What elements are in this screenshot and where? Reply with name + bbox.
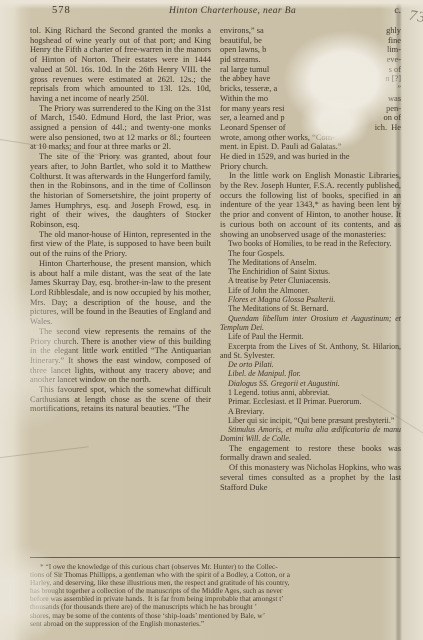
stain-obscured-paragraph: environs,” sa ghly beautiful, be fine op… bbox=[220, 26, 401, 171]
book-list-item: Life of Paul the Hermit. bbox=[220, 332, 401, 341]
book-list-item: The Meditations of Anselm. bbox=[220, 258, 401, 267]
footnote-line: has brought together a collection of the… bbox=[30, 587, 403, 595]
footnote-line: thousands (for thousands there are) of t… bbox=[30, 603, 403, 611]
line-start-fragment: ral large tumul bbox=[220, 65, 269, 75]
line-end-fragment: on of bbox=[384, 113, 401, 123]
line-end-fragment: ” bbox=[397, 84, 401, 94]
book-list-item: A treatise by Peter Cluniacensis. bbox=[220, 276, 401, 285]
footnote-line: tions of Sir Thomas Phillipps, a gentlem… bbox=[30, 571, 403, 579]
line-end-fragment: ich. He bbox=[375, 123, 401, 133]
book-list-item: Two books of Homilies, to be read in the… bbox=[220, 239, 401, 248]
line-start-fragment: environs,” sa bbox=[220, 26, 264, 36]
line-end-fragment: s of bbox=[389, 65, 401, 75]
closing-paragraphs: The engagement to restore these books wa… bbox=[220, 444, 401, 493]
text-line: the abbey have n [?] bbox=[220, 74, 401, 84]
book-list-item: A Breviary. bbox=[220, 407, 401, 416]
book-list-item: Flores et Magna Glossa Psalterii. bbox=[220, 295, 401, 304]
line-start-fragment: Priory church. bbox=[220, 162, 268, 172]
book-list: Two books of Homilies, to be read in the… bbox=[220, 239, 401, 444]
handwritten-folio-number: 73 bbox=[408, 8, 423, 27]
book-list-item: Excerpta from the Lives of St. Anthony, … bbox=[220, 342, 401, 361]
paragraph: tol. King Richard the Second granted the… bbox=[30, 26, 211, 104]
footnote-line: shores, may be some of the contents of t… bbox=[30, 612, 403, 620]
book-list-item: Quendam libellum inter Orosium et August… bbox=[220, 314, 401, 333]
text-line: beautiful, be fine bbox=[220, 36, 401, 46]
line-start-fragment: beautiful, be bbox=[220, 36, 262, 46]
line-start-fragment: He died in 1529, and was buried in the bbox=[220, 152, 350, 162]
text-line: Within the mo was bbox=[220, 94, 401, 104]
line-end-fragment: ghly bbox=[386, 26, 401, 36]
line-start-fragment: pid streams. bbox=[220, 55, 260, 65]
book-list-item: De orto Pilati. bbox=[220, 360, 401, 369]
text-line: bricks, tesseræ, a ” bbox=[220, 84, 401, 94]
line-start-fragment: open lawns, b bbox=[220, 45, 266, 55]
footnote-line: Harley, and deserving, like these illust… bbox=[30, 579, 403, 587]
header-right-text: c. bbox=[394, 6, 401, 16]
footnote: * “I owe the knowledge of this curious c… bbox=[30, 563, 403, 628]
book-list-item: 1 Legend. totius anni, abbreviat. bbox=[220, 388, 401, 397]
paragraph: The Priory was surrendered to the King o… bbox=[30, 104, 211, 153]
book-list-item: Libel. de Manipul. flor. bbox=[220, 369, 401, 378]
text-line: He died in 1529, and was buried in the bbox=[220, 152, 401, 162]
text-line: ral large tumul s of bbox=[220, 65, 401, 75]
book-list-item: The Enchiridion of Saint Sixtus. bbox=[220, 267, 401, 276]
paragraph: The second view represents the remains o… bbox=[30, 327, 211, 385]
text-line: open lawns, b lim- bbox=[220, 45, 401, 55]
left-column: tol. King Richard the Second granted the… bbox=[30, 26, 211, 554]
paragraph: This favoured spot, which the somewhat d… bbox=[30, 385, 211, 414]
footnote-line: * “I owe the knowledge of this curious c… bbox=[30, 563, 403, 571]
line-end-fragment: eve- bbox=[387, 55, 401, 65]
text-columns: tol. King Richard the Second granted the… bbox=[30, 26, 401, 554]
paragraph: The old manor-house of Hinton, represent… bbox=[30, 230, 211, 259]
line-start-fragment: Within the mo bbox=[220, 94, 268, 104]
book-list-item: Dialogus SS. Gregorii et Augustini. bbox=[220, 379, 401, 388]
paragraph: The engagement to restore these books wa… bbox=[220, 444, 401, 463]
page-number: 578 bbox=[52, 5, 71, 16]
line-end-fragment: pen- bbox=[386, 104, 401, 114]
text-line: Leonard Spenser of ich. He bbox=[220, 123, 401, 133]
book-list-item: Stimulus Amoris, et multa alia ædificato… bbox=[220, 425, 401, 444]
text-line: environs,” sa ghly bbox=[220, 26, 401, 36]
text-line: for many years resi pen- bbox=[220, 104, 401, 114]
line-start-fragment: bricks, tesseræ, a bbox=[220, 84, 277, 94]
line-end-fragment: was bbox=[388, 94, 401, 104]
paragraph: Hinton Charterhouse, the present mansion… bbox=[30, 259, 211, 327]
paragraph: Of this monastery was Nicholas Hopkins, … bbox=[220, 463, 401, 492]
line-start-fragment: for many years resi bbox=[220, 104, 284, 114]
book-list-item: Life of John the Almoner. bbox=[220, 286, 401, 295]
page-header: 578 Hinton Charterhouse, near Ba c. bbox=[30, 5, 403, 19]
text-line: pid streams. eve- bbox=[220, 55, 401, 65]
line-start-fragment: ment. in Epist. D. Pauli ad Galatas.” bbox=[220, 142, 341, 152]
line-end-fragment: n [?] bbox=[385, 74, 401, 84]
paragraph: In the little work on English Monastic L… bbox=[220, 171, 401, 239]
right-column: environs,” sa ghly beautiful, be fine op… bbox=[220, 26, 401, 554]
book-list-item: Primar. Ecclesiast. et II Primar. Pueror… bbox=[220, 397, 401, 406]
line-start-fragment: Leonard Spenser of bbox=[220, 123, 286, 133]
paragraph: The site of the Priory was granted, abou… bbox=[30, 152, 211, 230]
line-end-fragment: fine bbox=[388, 36, 401, 46]
book-list-item: Liber qui sic incipit, “Qui bene præsunt… bbox=[220, 416, 401, 425]
line-start-fragment: the abbey have bbox=[220, 74, 270, 84]
text-line: ment. in Epist. D. Pauli ad Galatas.” bbox=[220, 142, 401, 152]
footnote-line: before was assembled in private hands. I… bbox=[30, 595, 403, 603]
text-line: wrote, among other works, “Com- bbox=[220, 133, 401, 143]
book-list-item: The Meditations of St. Bernard. bbox=[220, 304, 401, 313]
scanned-book-page: 578 Hinton Charterhouse, near Ba c. 73 t… bbox=[0, 0, 423, 640]
line-end-fragment: lim- bbox=[387, 45, 401, 55]
text-line: Priory church. bbox=[220, 162, 401, 172]
footnote-line: sent abroad on the suppression of the En… bbox=[30, 620, 403, 628]
text-line: ser, a learned and p on of bbox=[220, 113, 401, 123]
line-start-fragment: wrote, among other works, “Com- bbox=[220, 133, 335, 143]
book-list-item: The four Gospels. bbox=[220, 249, 401, 258]
line-start-fragment: ser, a learned and p bbox=[220, 113, 285, 123]
footnote-divider bbox=[30, 557, 400, 558]
running-title: Hinton Charterhouse, near Ba bbox=[71, 6, 395, 16]
